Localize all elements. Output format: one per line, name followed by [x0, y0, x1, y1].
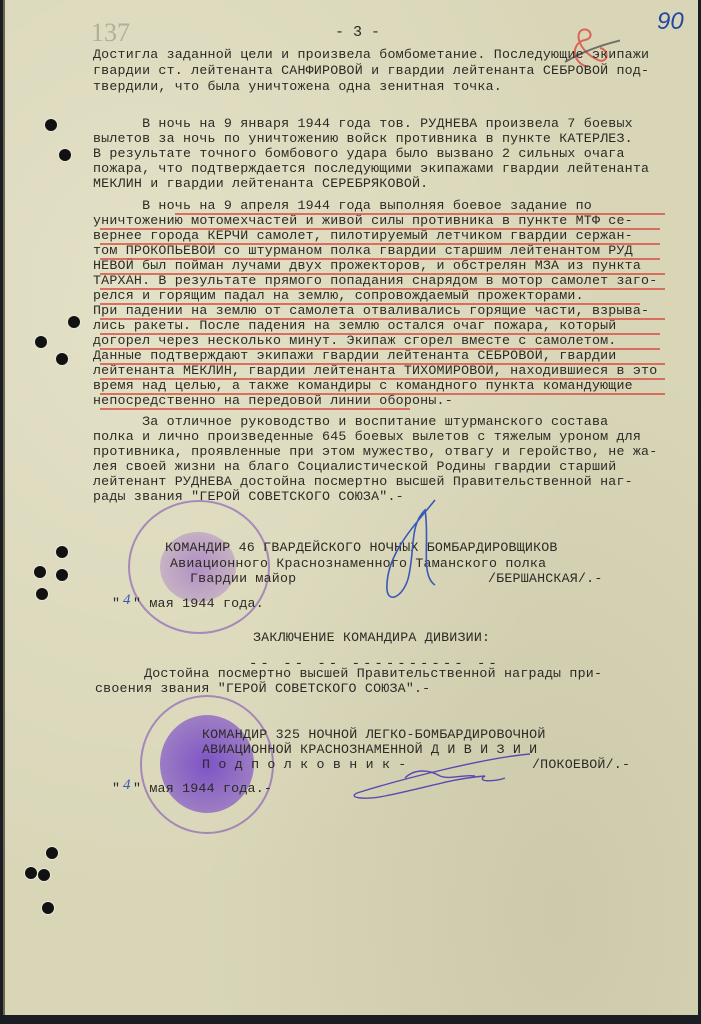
binding-hole	[25, 867, 37, 879]
text-line: Достигла заданной цели и произвела бомбо…	[93, 47, 649, 62]
red-underline	[100, 258, 660, 260]
document-page: 137 - 3 - 90 Достигла заданной цели и пр…	[3, 0, 698, 1015]
binding-hole	[42, 902, 54, 914]
binding-hole	[36, 588, 48, 600]
division-signature-line-1: КОМАНДИР 325 НОЧНОЙ ЛЕГКО-БОМБАРДИРОВОЧН…	[202, 727, 546, 742]
text-line: противника, проявленные при этом мужеств…	[93, 444, 657, 459]
text-line: рады звания "ГЕРОЙ СОВЕТСКОГО СОЮЗА".-	[93, 489, 404, 504]
red-underline	[100, 378, 665, 380]
regiment-signature-line-1: КОМАНДИР 46 ГВАРДЕЙСКОГО НОЧНЫХ БОМБАРДИ…	[165, 540, 558, 555]
red-underline	[100, 243, 660, 245]
page-marker: - 3 -	[335, 24, 380, 41]
red-underline	[100, 363, 665, 365]
text-line: НЕВОЙ был пойман лучами двух прожекторов…	[93, 258, 641, 273]
binding-hole	[56, 353, 68, 365]
red-underline	[100, 318, 665, 320]
text-line: своения звания "ГЕРОЙ СОВЕТСКОГО СОЮЗА".…	[95, 681, 430, 696]
binding-hole	[56, 546, 68, 558]
text-line: При падении на землю от самолета отвалив…	[93, 303, 649, 318]
archive-number: 137	[91, 18, 130, 48]
text-line: В ночь на 9 апреля 1944 года выполняя бо…	[93, 198, 592, 213]
binding-hole	[46, 847, 58, 859]
red-underline	[100, 288, 665, 290]
text-line: полка и лично произведенные 645 боевых в…	[93, 429, 641, 444]
text-line: В результате точного бомбового удара был…	[93, 146, 625, 161]
text-line: том ПРОКОПЬЕВОЙ со штурманом полка гвард…	[93, 243, 633, 258]
text-line: гвардии ст. лейтенанта САНФИРОВОЙ и гвар…	[93, 63, 649, 78]
text-line: лейтенант РУДНЕВА достойна посмертно выс…	[93, 474, 633, 489]
red-underline	[100, 303, 640, 305]
text-line: непосредственно на передовой линии оборо…	[93, 393, 453, 408]
division-date-prefix: "	[112, 781, 120, 796]
text-line: уничтожению мотомехчастей и живой силы п…	[93, 213, 633, 228]
red-underline	[100, 228, 660, 230]
binding-hole	[34, 566, 46, 578]
red-underline	[100, 273, 665, 275]
text-line: В ночь на 9 января 1944 года тов. РУДНЕВ…	[93, 116, 633, 131]
regiment-handwritten-signature-icon	[375, 495, 445, 610]
red-underline	[100, 408, 410, 410]
binding-hole	[45, 119, 57, 131]
text-line: лейтенанта МЕКЛИН, гвардии лейтенанта ТИ…	[93, 363, 657, 378]
text-line: вернее города КЕРЧИ самолет, пилотируемы…	[93, 228, 633, 243]
regiment-signature-name: /БЕРШАНСКАЯ/.-	[488, 571, 603, 586]
regiment-signature-rank: Гвардии майор	[190, 571, 296, 586]
division-handwritten-signature-icon	[345, 748, 535, 803]
text-line: релся и горящим падал на землю, сопровож…	[93, 288, 584, 303]
red-underline	[175, 213, 665, 215]
binding-hole	[38, 869, 50, 881]
text-line: МЕКЛИН и гвардии лейтенанта СЕРЕБРЯКОВОЙ…	[93, 176, 428, 191]
binding-hole	[35, 336, 47, 348]
text-line: время над целью, а также командиры с ком…	[93, 378, 633, 393]
red-underline	[100, 348, 660, 350]
text-line: ТАРХАН. В результате прямого попадания с…	[93, 273, 657, 288]
division-signature-name: /ПОКОЕВОЙ/.-	[532, 757, 630, 772]
regiment-date-day: 4	[123, 592, 131, 609]
binding-hole	[59, 149, 71, 161]
red-underline	[100, 333, 660, 335]
text-line: Данные подтверждают экипажи гвардии лейт…	[93, 348, 616, 363]
regiment-date-prefix: "	[112, 596, 120, 611]
text-line: пожара, что подтверждается последующими …	[93, 161, 649, 176]
regiment-date-rest: " мая 1944 года.	[133, 596, 264, 611]
folio-number: 90	[657, 8, 684, 36]
text-line: лея своей жизни на благо Социалистическо…	[93, 459, 616, 474]
text-line: Достойна посмертно высшей Правительствен…	[95, 666, 602, 681]
text-line: вылетов за ночь по уничтожению войск про…	[93, 131, 633, 146]
binding-hole	[56, 569, 68, 581]
red-underline	[100, 393, 665, 395]
division-date-rest: " мая 1944 года.-	[133, 781, 272, 796]
text-line: За отличное руководство и воспитание шту…	[93, 414, 608, 429]
regiment-signature-line-2: Авиационного Краснознаменного Таманского…	[170, 556, 546, 571]
binding-hole	[68, 316, 80, 328]
division-date-day: 4	[123, 777, 131, 794]
text-line: лись ракеты. После падения на землю оста…	[93, 318, 616, 333]
division-conclusion-heading: ЗАКЛЮЧЕНИЕ КОМАНДИРА ДИВИЗИИ:	[253, 630, 490, 645]
text-line: твердили, что была уничтожена одна зенит…	[93, 79, 502, 94]
text-line: догорел через несколько минут. Экипаж сг…	[93, 333, 616, 348]
